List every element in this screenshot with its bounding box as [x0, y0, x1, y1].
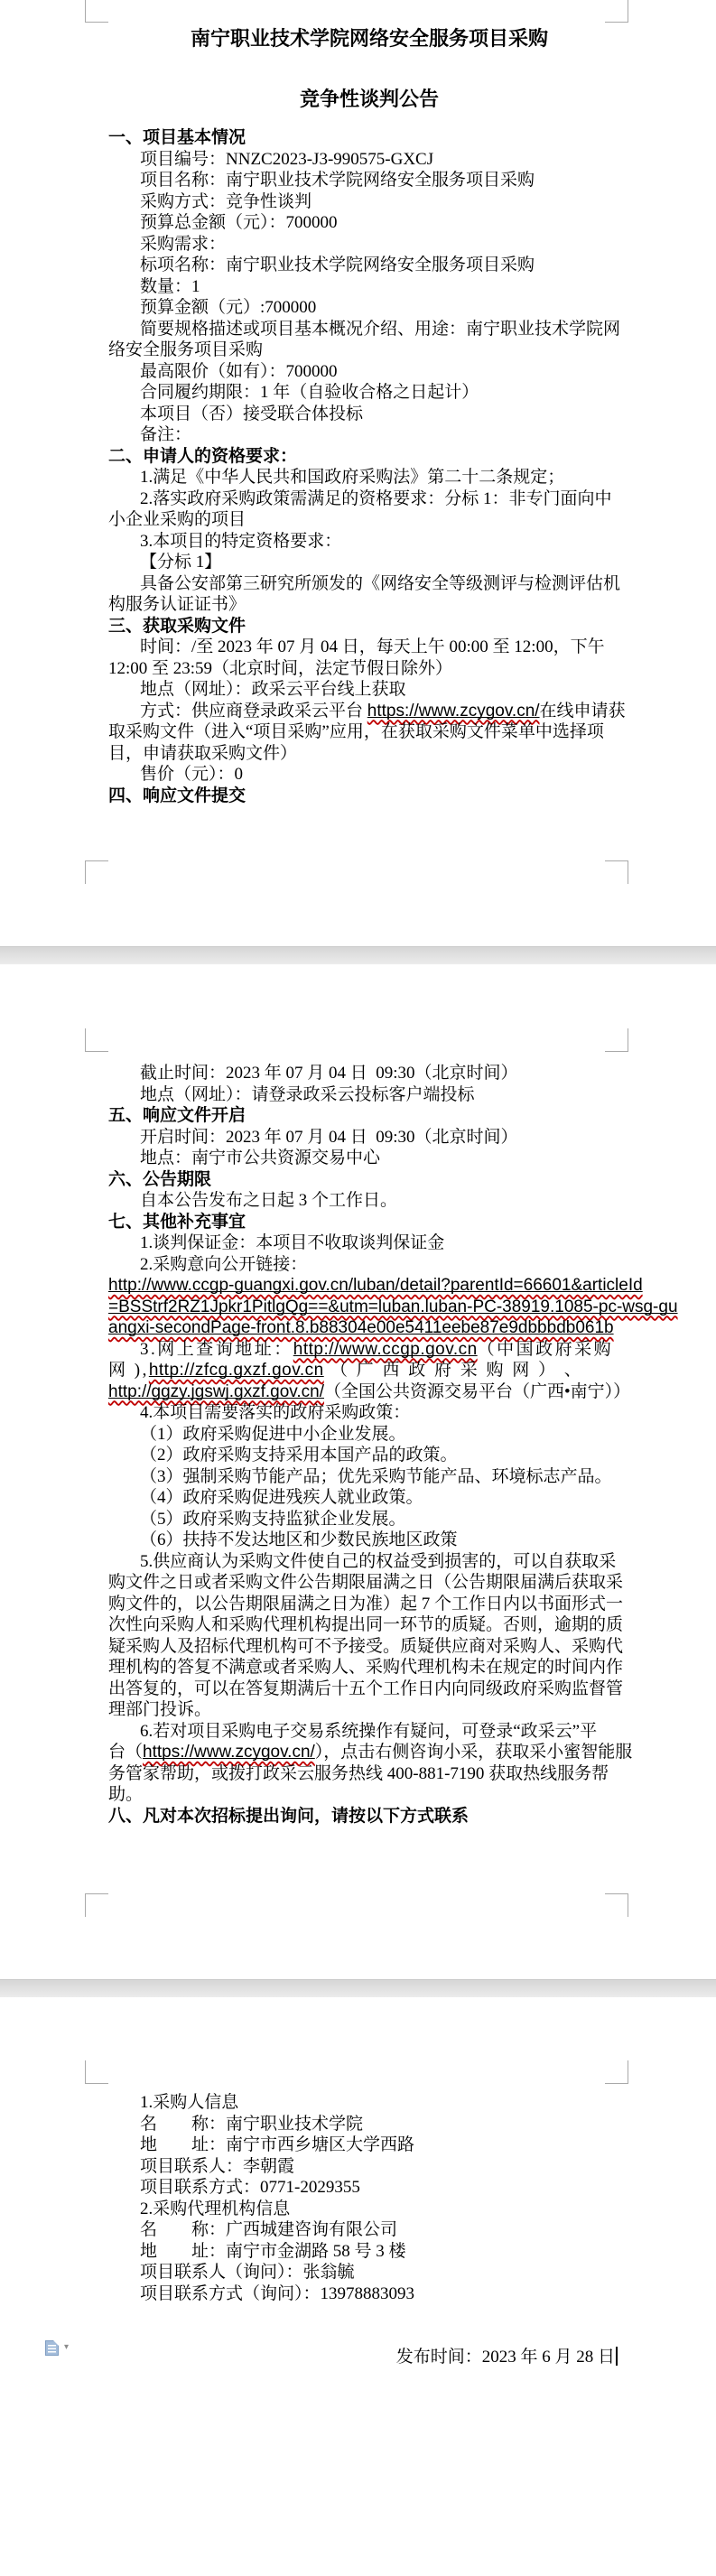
text-span: 具备公安部第三研究所颁发的《网络安全等级测评与检测评估机 [140, 574, 620, 593]
text-span: 台（ [108, 1743, 143, 1762]
text-line: （3）强制采购节能产品；优先采购节能产品、环境标志产品。 [108, 1466, 630, 1488]
text-line: 理部门投诉。 [108, 1699, 630, 1721]
paste-options-button[interactable]: ▾ [45, 2340, 76, 2357]
text-span: 在线申请获 [540, 702, 626, 721]
text-line: 网 ),http://zfcg.gxzf.gov.cn （ 广 西 政 府 采 … [108, 1360, 630, 1381]
text-span: 项目联系人（询问）：张翁毓 [140, 2263, 355, 2282]
text-line: =BSStrf2RZ1Jpkr1PitlgQg==&utm=luban.luba… [108, 1297, 630, 1318]
text-line: http://ggzy.jgswj.gxzf.gov.cn/（全国公共资源交易平… [108, 1381, 630, 1403]
text-span: 本项目（否）接受联合体投标 [140, 405, 363, 423]
text-line [108, 2304, 630, 2326]
text-span: （中国政府采购 [478, 1340, 614, 1359]
text-span: 2.采购意向公开链接： [140, 1255, 307, 1274]
text-line: （4）政府采购促进残疾人就业政策。 [108, 1487, 630, 1509]
text-span: 地点：南宁市公共资源交易中心 [140, 1149, 380, 1167]
text-span: 南宁职业技术学院网络安全服务项目采购 [191, 27, 548, 50]
text-line: 采购需求： [108, 234, 630, 256]
text-span: 四、响应文件提交 [108, 786, 246, 805]
text-span: 自本公告发布之日起 3 个工作日。 [140, 1191, 397, 1210]
text-span: 6.若对项目采购电子交易系统操作有疑问，可登录“政采云”平 [140, 1722, 597, 1741]
text-span: 五、响应文件开启 [108, 1106, 246, 1125]
word-document-view: { "document": { "title": "南宁职业技术学院网络安全服务… [0, 0, 716, 2576]
text-line: 理机构的答复不满意或者采购人、采购代理机构未在规定的时间内作 [108, 1657, 630, 1679]
text-span: （全国公共资源交易平台（广西•南宁）） [324, 1382, 630, 1401]
clipboard-paste-icon [45, 2340, 59, 2356]
text-span: 项目编号：NNZC2023-J3-990575-GXCJ [140, 150, 433, 169]
text-span: 合同履约期限：1 年（自验收合格之日起计） [140, 383, 479, 402]
text-span: 2.采购代理机构信息 [140, 2199, 290, 2218]
text-span: 地点（网址）：请登录政采云投标客户端投标 [140, 1085, 475, 1104]
text-span [108, 2327, 113, 2346]
text-boundary-mark [605, 2060, 628, 2084]
text-boundary-mark [85, 1028, 108, 1052]
text-span: 目，申请获取采购文件） [108, 744, 297, 763]
text-boundary-mark [605, 1893, 628, 1917]
text-line: 地 址：南宁市西乡塘区大学西路 [108, 2134, 630, 2156]
section-heading: 四、响应文件提交 [108, 786, 630, 807]
text-line: 1.谈判保证金：本项目不收取谈判保证金 [108, 1232, 630, 1254]
text-span: 购文件的，以公告期限届满之日为准）起 7 个工作日内以书面形式一 [108, 1595, 623, 1613]
text-line: 截止时间：2023 年 07 月 04 日 09:30（北京时间） [108, 1063, 630, 1084]
text-line: 方式：供应商登录政采云平台 https://www.zcygov.cn/在线申请… [108, 701, 630, 722]
text-line: 2.采购代理机构信息 [108, 2199, 630, 2220]
text-span: 售价（元）：0 [140, 765, 243, 784]
text-line: 合同履约期限：1 年（自验收合格之日起计） [108, 382, 630, 404]
document-page-2: 截止时间：2023 年 07 月 04 日 09:30（北京时间）地点（网址）：… [0, 964, 716, 1979]
section-heading: 五、响应文件开启 [108, 1105, 630, 1127]
text-span: 3.本项目的特定资格要求： [140, 532, 341, 551]
text-span: 构服务认证证书》 [108, 595, 246, 614]
text-span: 地 址：南宁市金湖路 58 号 3 楼 [140, 2242, 406, 2261]
text-span: 1.采购人信息 [140, 2093, 238, 2112]
text-line: 小企业采购的项目 [108, 509, 630, 531]
text-line: 地点（网址）：请登录政采云投标客户端投标 [108, 1084, 630, 1106]
text-line: 预算总金额（元）：700000 [108, 212, 630, 234]
hyperlink[interactable]: https://www.zcygov.cn/ [367, 702, 540, 721]
document-page-3: 1.采购人信息名 称：南宁职业技术学院地 址：南宁市西乡塘区大学西路项目联系人：… [0, 1997, 716, 2576]
text-span: 【分标 1】 [140, 553, 221, 572]
text-span: 简要规格描述或项目基本概况介绍、用途：南宁职业技术学院网 [140, 320, 620, 339]
text-line: 务管家帮助，或拨打政采云服务热线 400-881-7190 获取热线服务帮 [108, 1763, 630, 1785]
chevron-down-icon[interactable]: ▾ [64, 2342, 69, 2353]
page-1-content: 南宁职业技术学院网络安全服务项目采购竞争性谈判公告一、项目基本情况项目编号：NN… [108, 25, 630, 806]
spellcheck-squiggle-text: angxi-secondPage-front.8.b88304e00e5411e… [108, 1318, 614, 1337]
section-heading: 一、项目基本情况 [108, 127, 630, 149]
text-line: （6）扶持不发达地区和少数民族地区政策 [108, 1530, 630, 1551]
text-line: （2）政府采购支持采用本国产品的政策。 [108, 1445, 630, 1466]
text-line: 最高限价（如有）：700000 [108, 361, 630, 383]
text-span: 最高限价（如有）：700000 [140, 362, 338, 381]
spellcheck-squiggle-text: http://www.ccgp.gov.cn [293, 1340, 478, 1359]
text-line: 络安全服务项目采购 [108, 339, 630, 361]
hyperlink[interactable]: http://zfcg.gxzf.gov.cn [149, 1361, 324, 1380]
text-span: 疑采购人及招标代理机构可不予接受。质疑供应商对采购人、采购代 [108, 1637, 623, 1656]
text-span: 地点（网址）：政采云平台线上获取 [140, 680, 406, 699]
section-heading: 六、公告期限 [108, 1169, 630, 1191]
text-line: 3.网上查询地址：http://www.ccgp.gov.cn（中国政府采购 [108, 1339, 630, 1361]
text-span: 竞争性谈判公告 [300, 88, 439, 110]
text-line: 构服务认证证书》 [108, 594, 630, 616]
text-span: ），点击右侧咨询小采，获取采小蜜智能服 [315, 1743, 633, 1762]
text-span: 名 称：南宁职业技术学院 [140, 2115, 363, 2134]
hyperlink[interactable]: =BSStrf2RZ1Jpkr1PitlgQg==&utm=luban.luba… [108, 1297, 678, 1316]
text-line: 预算金额（元）:700000 [108, 297, 630, 319]
text-line: 目，申请获取采购文件） [108, 743, 630, 765]
text-span: 理机构的答复不满意或者采购人、采购代理机构未在规定的时间内作 [108, 1658, 623, 1677]
text-line: 1.满足《中华人民共和国政府采购法》第二十二条规定； [108, 467, 630, 488]
text-cursor [616, 2347, 618, 2366]
text-span: （2）政府采购支持采用本国产品的政策。 [140, 1446, 458, 1465]
text-line: 项目联系人（询问）：张翁毓 [108, 2262, 630, 2283]
text-line: 项目联系方式：0771-2029355 [108, 2177, 630, 2199]
text-line: 购文件的，以公告期限届满之日为准）起 7 个工作日内以书面形式一 [108, 1594, 630, 1615]
text-span: （3）强制采购节能产品；优先采购节能产品、环境标志产品。 [140, 1467, 612, 1486]
text-line: 助。 [108, 1784, 630, 1806]
text-line: 疑采购人及招标代理机构可不予接受。质疑供应商对采购人、采购代 [108, 1636, 630, 1658]
page-separator [0, 946, 716, 964]
page-separator [0, 1979, 716, 1997]
text-line: 本项目（否）接受联合体投标 [108, 404, 630, 425]
spellcheck-squiggle-text: https://www.zcygov.cn/ [367, 702, 540, 721]
text-line: （5）政府采购支持监狱企业发展。 [108, 1509, 630, 1530]
text-span: 数量：1 [140, 277, 200, 296]
text-line: 地点（网址）：政采云平台线上获取 [108, 679, 630, 701]
spellcheck-squiggle-text: http://ggzy.jgswj.gxzf.gov.cn/ [108, 1382, 324, 1401]
text-span: 三、获取采购文件 [108, 617, 246, 636]
text-span: 采购需求： [140, 235, 226, 254]
text-span: 开启时间：2023 年 07 月 04 日 09:30（北京时间） [140, 1128, 518, 1147]
text-span: 备注： [140, 425, 191, 444]
text-boundary-mark [605, 0, 628, 23]
text-line: 1.采购人信息 [108, 2092, 630, 2114]
text-span: 次性向采购人和采购代理机构提出同一环节的质疑。否则，逾期的质 [108, 1615, 623, 1634]
text-line: 地点：南宁市公共资源交易中心 [108, 1148, 630, 1169]
text-span: 3.网上查询地址： [140, 1340, 293, 1359]
hyperlink[interactable]: http://ggzy.jgswj.gxzf.gov.cn/ [108, 1382, 324, 1401]
text-line: （1）政府采购促进中小企业发展。 [108, 1424, 630, 1446]
text-span: （1）政府采购促进中小企业发展。 [140, 1425, 406, 1444]
text-span: 网 ), [108, 1361, 149, 1380]
hyperlink[interactable]: https://www.zcygov.cn/ [143, 1743, 315, 1762]
hyperlink[interactable]: angxi-secondPage-front.8.b88304e00e5411e… [108, 1318, 614, 1337]
text-span: （5）政府采购支持监狱企业发展。 [140, 1510, 406, 1529]
text-line: 3.本项目的特定资格要求： [108, 531, 630, 553]
section-heading: 八、凡对本次招标提出询问，请按以下方式联系 [108, 1806, 630, 1827]
text-line: 自本公告发布之日起 3 个工作日。 [108, 1190, 630, 1212]
text-span: （ 广 西 政 府 采 购 网 ） 、 [324, 1361, 584, 1380]
text-span: 理部门投诉。 [108, 1700, 211, 1719]
document-page-1: 南宁职业技术学院网络安全服务项目采购竞争性谈判公告一、项目基本情况项目编号：NN… [0, 0, 716, 946]
text-span: 预算总金额（元）：700000 [140, 213, 338, 232]
page-3-content: 1.采购人信息名 称：南宁职业技术学院地 址：南宁市西乡塘区大学西路项目联系人：… [108, 2092, 630, 2368]
text-line: 项目联系方式（询问）：13978883093 [108, 2283, 630, 2305]
text-line: 标项名称：南宁职业技术学院网络安全服务项目采购 [108, 255, 630, 276]
text-span: 项目联系方式：0771-2029355 [140, 2178, 360, 2197]
spellcheck-squiggle-text: =BSStrf2RZ1Jpkr1PitlgQg==&utm=luban.luba… [108, 1297, 678, 1316]
hyperlink[interactable]: http://www.ccgp-guangxi.gov.cn/luban/det… [108, 1276, 643, 1295]
text-line: 项目名称：南宁职业技术学院网络安全服务项目采购 [108, 170, 630, 191]
text-span: 出答复的，可以在答复期满后十五个工作日内向同级政府采购监督管 [108, 1679, 623, 1698]
text-line: 开启时间：2023 年 07 月 04 日 09:30（北京时间） [108, 1127, 630, 1149]
text-line [108, 2326, 630, 2348]
text-boundary-mark [85, 1893, 108, 1917]
page-2-content: 截止时间：2023 年 07 月 04 日 09:30（北京时间）地点（网址）：… [108, 1063, 630, 1827]
text-line: 6.若对项目采购电子交易系统操作有疑问，可登录“政采云”平 [108, 1721, 630, 1743]
text-boundary-mark [605, 1028, 628, 1052]
publish-time-line: 发布时间：2023 年 6 月 28 日 [108, 2347, 630, 2368]
text-boundary-mark [605, 860, 628, 884]
text-span: 1.谈判保证金：本项目不收取谈判保证金 [140, 1233, 444, 1252]
section-heading: 七、其他补充事宜 [108, 1212, 630, 1233]
text-span: 4.本项目需要落实的政府采购政策： [140, 1403, 410, 1422]
text-span: 截止时间：2023 年 07 月 04 日 09:30（北京时间） [140, 1064, 518, 1083]
text-line: 购文件之日或者采购文件公告期限届满之日（公告期限届满后获取采 [108, 1572, 630, 1594]
text-line: 具备公安部第三研究所颁发的《网络安全等级测评与检测评估机 [108, 573, 630, 595]
text-line: 名 称：南宁职业技术学院 [108, 2114, 630, 2135]
text-span: 一、项目基本情况 [108, 128, 246, 147]
text-line: http://www.ccgp-guangxi.gov.cn/luban/det… [108, 1275, 630, 1297]
text-line: 台（https://www.zcygov.cn/），点击右侧咨询小采，获取采小蜜… [108, 1742, 630, 1763]
spellcheck-squiggle-text: https://www.zcygov.cn/ [143, 1743, 315, 1762]
text-span [108, 2305, 113, 2324]
text-boundary-mark [85, 860, 108, 884]
text-line: 简要规格描述或项目基本概况介绍、用途：南宁职业技术学院网 [108, 319, 630, 340]
hyperlink[interactable]: http://www.ccgp.gov.cn [293, 1340, 478, 1359]
spellcheck-squiggle-text: http://www.ccgp-guangxi.gov.cn/luban/det… [108, 1276, 643, 1295]
text-span: 项目联系人：李朝霞 [140, 2157, 294, 2176]
text-span: 5.供应商认为采购文件使自己的权益受到损害的，可以自获取采 [140, 1552, 616, 1571]
text-line: 项目编号：NNZC2023-J3-990575-GXCJ [108, 149, 630, 171]
text-span: 标项名称：南宁职业技术学院网络安全服务项目采购 [140, 256, 535, 274]
text-span: 时间：/至 2023 年 07 月 04 日，每天上午 00:00 至 12:0… [140, 637, 605, 656]
text-line: 时间：/至 2023 年 07 月 04 日，每天上午 00:00 至 12:0… [108, 637, 630, 658]
text-span: 地 址：南宁市西乡塘区大学西路 [140, 2135, 414, 2154]
text-span: 八、凡对本次招标提出询问，请按以下方式联系 [108, 1807, 469, 1826]
doc-subtitle: 竞争性谈判公告 [108, 86, 630, 113]
text-line: 取采购文件（进入“项目采购”应用，在获取采购文件菜单中选择项 [108, 721, 630, 743]
text-span: 项目联系方式（询问）：13978883093 [140, 2284, 414, 2303]
section-heading: 二、申请人的资格要求： [108, 446, 630, 468]
text-span: 购文件之日或者采购文件公告期限届满之日（公告期限届满后获取采 [108, 1573, 623, 1592]
text-span: 方式：供应商登录政采云平台 [140, 702, 367, 721]
text-line: 【分标 1】 [108, 552, 630, 573]
text-span: 助。 [108, 1785, 143, 1804]
text-span: 取采购文件（进入“项目采购”应用，在获取采购文件菜单中选择项 [108, 722, 604, 741]
spellcheck-squiggle-text: http://zfcg.gxzf.gov.cn [149, 1361, 324, 1380]
text-span: 络安全服务项目采购 [108, 340, 263, 359]
text-line: 数量：1 [108, 276, 630, 298]
text-line: angxi-secondPage-front.8.b88304e00e5411e… [108, 1317, 630, 1339]
text-span: （6）扶持不发达地区和少数民族地区政策 [140, 1530, 458, 1549]
text-line: 5.供应商认为采购文件使自己的权益受到损害的，可以自获取采 [108, 1551, 630, 1573]
text-line: 出答复的，可以在答复期满后十五个工作日内向同级政府采购监督管 [108, 1679, 630, 1700]
doc-title: 南宁职业技术学院网络安全服务项目采购 [108, 25, 630, 52]
section-heading: 三、获取采购文件 [108, 616, 630, 637]
text-span: （4）政府采购促进残疾人就业政策。 [140, 1488, 423, 1507]
text-line: 次性向采购人和采购代理机构提出同一环节的质疑。否则，逾期的质 [108, 1614, 630, 1636]
text-line: 名 称：广西城建咨询有限公司 [108, 2219, 630, 2241]
text-line: 4.本项目需要落实的政府采购政策： [108, 1402, 630, 1424]
text-span: 12:00 至 23:59（北京时间，法定节假日除外） [108, 659, 452, 678]
text-line: 2.落实政府采购政策需满足的资格要求：分标 1：非专门面向中 [108, 488, 630, 510]
text-line: 项目联系人：李朝霞 [108, 2156, 630, 2178]
text-line: 12:00 至 23:59（北京时间，法定节假日除外） [108, 658, 630, 680]
text-span: 项目名称：南宁职业技术学院网络安全服务项目采购 [140, 171, 535, 190]
text-boundary-mark [85, 2060, 108, 2084]
text-line: 备注： [108, 424, 630, 446]
text-line: 2.采购意向公开链接： [108, 1254, 630, 1276]
text-span: 预算金额（元）:700000 [140, 298, 316, 317]
text-line: 售价（元）：0 [108, 764, 630, 786]
text-span: 2.落实政府采购政策需满足的资格要求：分标 1：非专门面向中 [140, 489, 612, 508]
text-span: 采购方式：竞争性谈判 [140, 192, 312, 211]
text-boundary-mark [85, 0, 108, 23]
text-line: 采购方式：竞争性谈判 [108, 191, 630, 213]
text-span: 小企业采购的项目 [108, 510, 246, 529]
text-span: 务管家帮助，或拨打政采云服务热线 400-881-7190 获取热线服务帮 [108, 1764, 609, 1783]
text-span: 名 称：广西城建咨询有限公司 [140, 2220, 397, 2239]
text-span: 发布时间：2023 年 6 月 28 日 [396, 2348, 615, 2367]
text-span: 六、公告期限 [108, 1170, 211, 1189]
text-line: 地 址：南宁市金湖路 58 号 3 楼 [108, 2241, 630, 2263]
text-span: 二、申请人的资格要求： [108, 447, 297, 466]
text-span: 七、其他补充事宜 [108, 1213, 246, 1232]
text-span: 1.满足《中华人民共和国政府采购法》第二十二条规定； [140, 468, 564, 487]
